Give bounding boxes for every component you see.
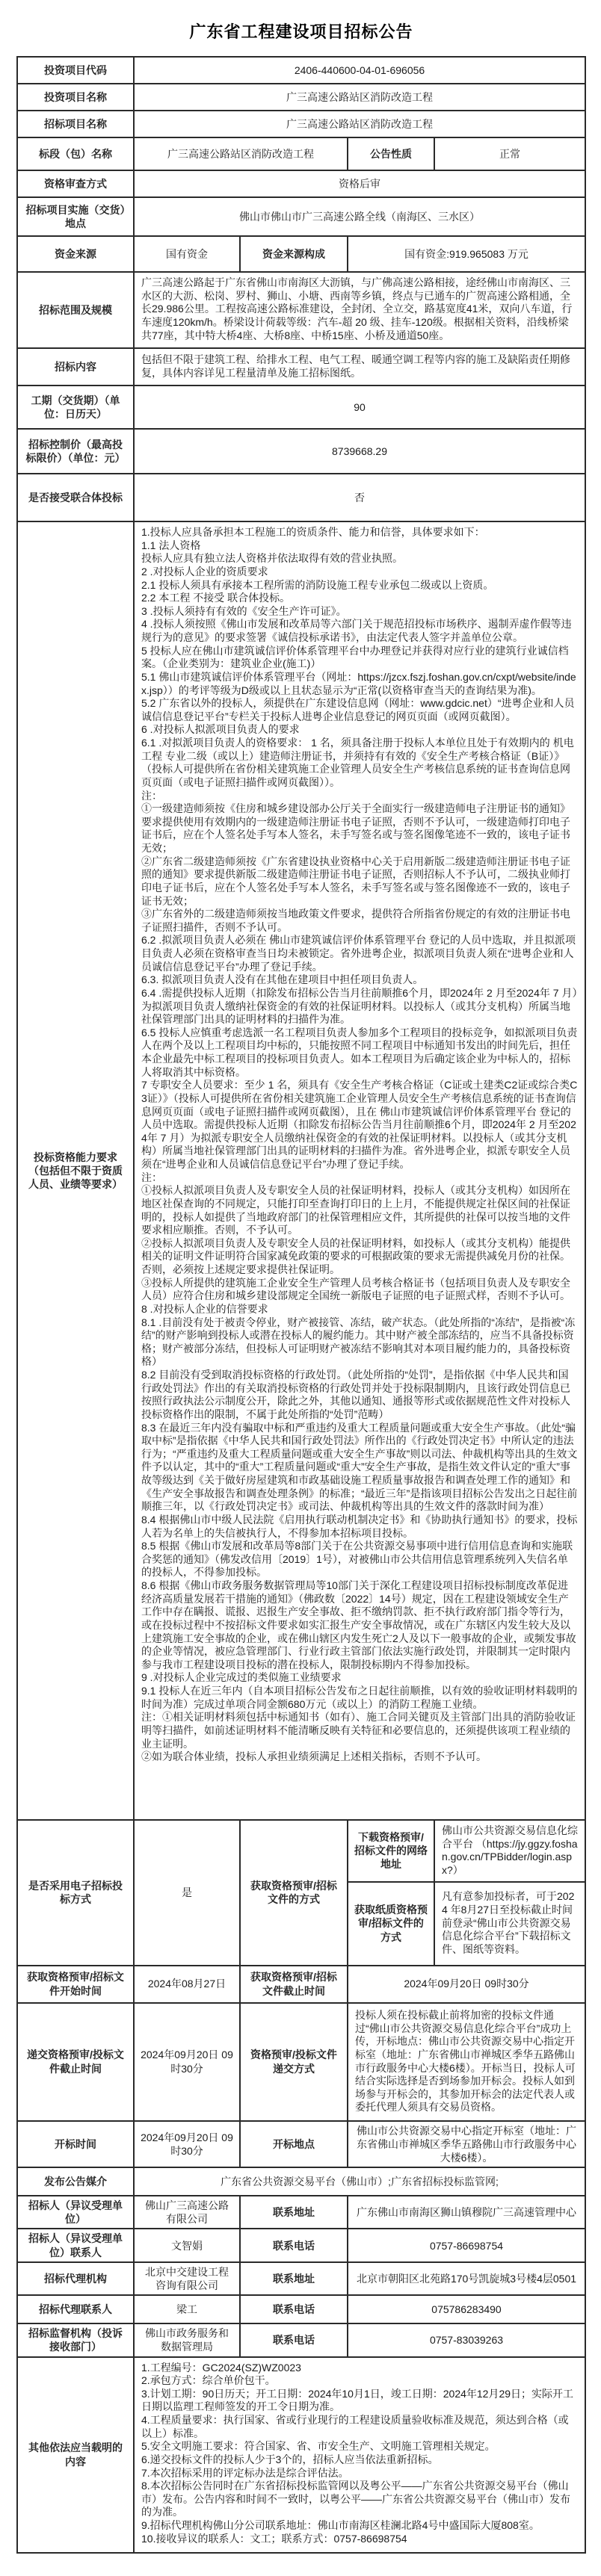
qualification-review-value: 资格后审 — [134, 170, 585, 197]
agency-label: 招标代理机构 — [17, 2262, 134, 2295]
control-price-label: 招标控制价（最高投标限价）（单位：元） — [17, 429, 134, 474]
doc-start-time-label: 获取资格预审/招标文件开始时间 — [17, 1966, 134, 2003]
tenderer-phone-label: 联系电话 — [240, 2229, 348, 2261]
opening-place-label: 开标地点 — [240, 2121, 348, 2168]
submission-method-value: 投标人须在投标截止前将加密的投标文件通过“佛山市公共资源交易信息化综合平台”成功… — [348, 2003, 585, 2121]
supervisor-phone-label: 联系电话 — [240, 2323, 348, 2356]
table-row: 开标时间 2024年09月20日 09时30分 开标地点 佛山市公共资源交易中心… — [17, 2121, 585, 2168]
announcement-media-label: 发布公告媒介 — [17, 2167, 134, 2196]
tenderer-address-value: 广东佛山市南海区狮山镇穆院广三高速管理中心 — [348, 2196, 585, 2229]
fund-composition-label: 资金来源构成 — [240, 236, 348, 272]
tenderer-address-label: 联系地址 — [240, 2196, 348, 2229]
consortium-label: 是否接受联合体投标 — [17, 474, 134, 521]
table-row: 标段（包）名称 广三高速公路站区消防改造工程 公告性质 正常 — [17, 137, 585, 170]
opening-place-value: 佛山市公共资源交易中心指定开标室（地址：广东省佛山市禅城区季华五路佛山市行政服务… — [348, 2121, 585, 2168]
notice-nature-value: 正常 — [434, 137, 585, 170]
delivery-location-value: 佛山市佛山市广三高速公路全线（南海区、三水区） — [134, 197, 585, 236]
table-row: 招标项目实施（交货）地点 佛山市佛山市广三高速公路全线（南海区、三水区） — [17, 197, 585, 236]
other-content-value: 1.工程编号：GC2024(SZ)WZ0023 2.承包方式：综合单价包干。 3… — [134, 2357, 585, 2553]
fund-composition-value: 国有资金:919.965083 万元 — [348, 236, 585, 272]
invest-code-label: 投资项目代码 — [17, 57, 134, 84]
table-row: 发布公告媒介 广东省公共资源交易平台（佛山市）;广东省招标投标监管网; — [17, 2167, 585, 2196]
agency-address-value: 北京市朝阳区北苑路170号凯旋城3号楼4层0501 — [348, 2262, 585, 2295]
supervisor-label: 招标监督机构（投诉接收部门） — [17, 2323, 134, 2356]
table-row: 是否采用电子招标投标方式 是 获取资格预审/招标文件的方式 下载资格预审/招标文… — [17, 1820, 585, 1882]
duration-value: 90 — [134, 386, 585, 429]
scope-label: 招标范围及规模 — [17, 272, 134, 348]
table-row: 投资项目代码 2406-440600-04-01-696056 — [17, 57, 585, 84]
scope-value: 广三高速公路起于广东省佛山市南海区大沥镇，与广佛高速公路相接，途经佛山市南海区、… — [134, 272, 585, 348]
doc-start-time-value: 2024年08月27日 — [134, 1966, 240, 2003]
table-row: 投资项目名称 广三高速公路站区消防改造工程 — [17, 84, 585, 111]
table-row: 招标人（异议受理单位）联系人 文智娟 联系电话 0757-86698754 — [17, 2229, 585, 2261]
invest-code-value: 2406-440600-04-01-696056 — [134, 57, 585, 84]
table-row: 招标内容 包括但不限于建筑工程、给排水工程、电气工程、暖通空调工程等内容的施工及… — [17, 348, 585, 386]
agency-value: 北京中交建设工程咨询有限公司 — [134, 2262, 240, 2295]
page-title: 广东省工程建设项目招标公告 — [16, 19, 586, 43]
fund-source-label: 资金来源 — [17, 236, 134, 272]
doc-obtain-method-label: 获取资格预审/招标文件的方式 — [240, 1820, 348, 1966]
duration-label: 工期（交货期）（单位：日历天） — [17, 386, 134, 429]
tenderer-value: 佛山广三高速公路有限公司 — [134, 2196, 240, 2229]
doc-download-address-value: 佛山市公共资源交易信息化综合平台 （https://jy.ggzy.foshan… — [434, 1820, 585, 1882]
tenderer-label: 招标人（异议受理单位） — [17, 2196, 134, 2229]
agency-phone-value: 075786283490 — [348, 2295, 585, 2323]
announcement-table: 投资项目代码 2406-440600-04-01-696056 投资项目名称 广… — [16, 56, 586, 2554]
table-row: 投标资格能力要求（包括但不限于资质人员、业绩等要求） 1.投标人应具备承担本工程… — [17, 521, 585, 1820]
agency-address-label: 联系地址 — [240, 2262, 348, 2295]
qualification-review-label: 资格审查方式 — [17, 170, 134, 197]
section-value: 广三高速公路站区消防改造工程 — [134, 137, 348, 170]
paper-doc-method-label: 获取纸质资格预审/招标文件的方式 — [348, 1882, 434, 1966]
notice-nature-label: 公告性质 — [348, 137, 434, 170]
tenderer-contact-label: 招标人（异议受理单位）联系人 — [17, 2229, 134, 2261]
section-label: 标段（包）名称 — [17, 137, 134, 170]
table-row: 是否接受联合体投标 否 — [17, 474, 585, 521]
invest-name-value: 广三高速公路站区消防改造工程 — [134, 84, 585, 111]
other-content-label: 其他依法应当载明的内容 — [17, 2357, 134, 2553]
table-row: 工期（交货期）（单位：日历天） 90 — [17, 386, 585, 429]
submission-deadline-label: 递交资格预审/投标文件截止时间 — [17, 2003, 134, 2121]
opening-time-value: 2024年09月20日 09时30分 — [134, 2121, 240, 2168]
table-row: 其他依法应当载明的内容 1.工程编号：GC2024(SZ)WZ0023 2.承包… — [17, 2357, 585, 2553]
agency-contact-label: 招标代理联系人 — [17, 2295, 134, 2323]
submission-deadline-value: 2024年09月20日 09时30分 — [134, 2003, 240, 2121]
tender-name-label: 招标项目名称 — [17, 111, 134, 137]
e-bidding-label: 是否采用电子招标投标方式 — [17, 1820, 134, 1966]
paper-doc-method-value: 凡有意参加投标者，可于2024 年8月27日至投标截止时间前登录“佛山市公共资源… — [434, 1882, 585, 1966]
control-price-value: 8739668.29 — [134, 429, 585, 474]
announcement-page: 广东省工程建设项目招标公告 投资项目代码 2406-440600-04-01-6… — [0, 0, 601, 2576]
table-row: 招标监督机构（投诉接收部门） 佛山市政务服务和数据管理局 联系电话 0757-8… — [17, 2323, 585, 2356]
fund-source-value: 国有资金 — [134, 236, 240, 272]
supervisor-value: 佛山市政务服务和数据管理局 — [134, 2323, 240, 2356]
tenderer-phone-value: 0757-86698754 — [348, 2229, 585, 2261]
agency-phone-label: 联系电话 — [240, 2295, 348, 2323]
table-row: 招标范围及规模 广三高速公路起于广东省佛山市南海区大沥镇，与广佛高速公路相接，途… — [17, 272, 585, 348]
table-row: 招标项目名称 广三高速公路站区消防改造工程 — [17, 111, 585, 137]
doc-end-time-label: 获取资格预审/招标文件截止时间 — [240, 1966, 348, 2003]
table-row: 招标代理机构 北京中交建设工程咨询有限公司 联系地址 北京市朝阳区北苑路170号… — [17, 2262, 585, 2295]
opening-time-label: 开标时间 — [17, 2121, 134, 2168]
doc-download-address-label: 下载资格预审/招标文件的网络地址 — [348, 1820, 434, 1882]
consortium-value: 否 — [134, 474, 585, 521]
doc-end-time-value: 2024年09月20日 09时30分 — [348, 1966, 585, 2003]
announcement-media-value: 广东省公共资源交易平台（佛山市）;广东省招标投标监管网; — [134, 2167, 585, 2196]
table-row: 资金来源 国有资金 资金来源构成 国有资金:919.965083 万元 — [17, 236, 585, 272]
bidder-requirements-label: 投标资格能力要求（包括但不限于资质人员、业绩等要求） — [17, 521, 134, 1820]
supervisor-phone-value: 0757-83039263 — [348, 2323, 585, 2356]
table-row: 资格审查方式 资格后审 — [17, 170, 585, 197]
table-row: 招标控制价（最高投标限价）（单位：元） 8739668.29 — [17, 429, 585, 474]
tender-content-label: 招标内容 — [17, 348, 134, 386]
table-row: 招标代理联系人 梁工 联系电话 075786283490 — [17, 2295, 585, 2323]
delivery-location-label: 招标项目实施（交货）地点 — [17, 197, 134, 236]
bidder-requirements-value: 1.投标人应具备承担本工程施工的资质条件、能力和信誉，具体要求如下： 1.1 法… — [134, 521, 585, 1820]
tender-content-value: 包括但不限于建筑工程、给排水工程、电气工程、暖通空调工程等内容的施工及缺陷责任期… — [134, 348, 585, 386]
table-row: 招标人（异议受理单位） 佛山广三高速公路有限公司 联系地址 广东佛山市南海区狮山… — [17, 2196, 585, 2229]
table-row: 获取资格预审/招标文件开始时间 2024年08月27日 获取资格预审/招标文件截… — [17, 1966, 585, 2003]
e-bidding-value: 是 — [134, 1820, 240, 1966]
agency-contact-value: 梁工 — [134, 2295, 240, 2323]
invest-name-label: 投资项目名称 — [17, 84, 134, 111]
table-row: 递交资格预审/投标文件截止时间 2024年09月20日 09时30分 资格预审/… — [17, 2003, 585, 2121]
tenderer-contact-value: 文智娟 — [134, 2229, 240, 2261]
submission-method-label: 资格预审/投标文件递交方式 — [240, 2003, 348, 2121]
tender-name-value: 广三高速公路站区消防改造工程 — [134, 111, 585, 137]
